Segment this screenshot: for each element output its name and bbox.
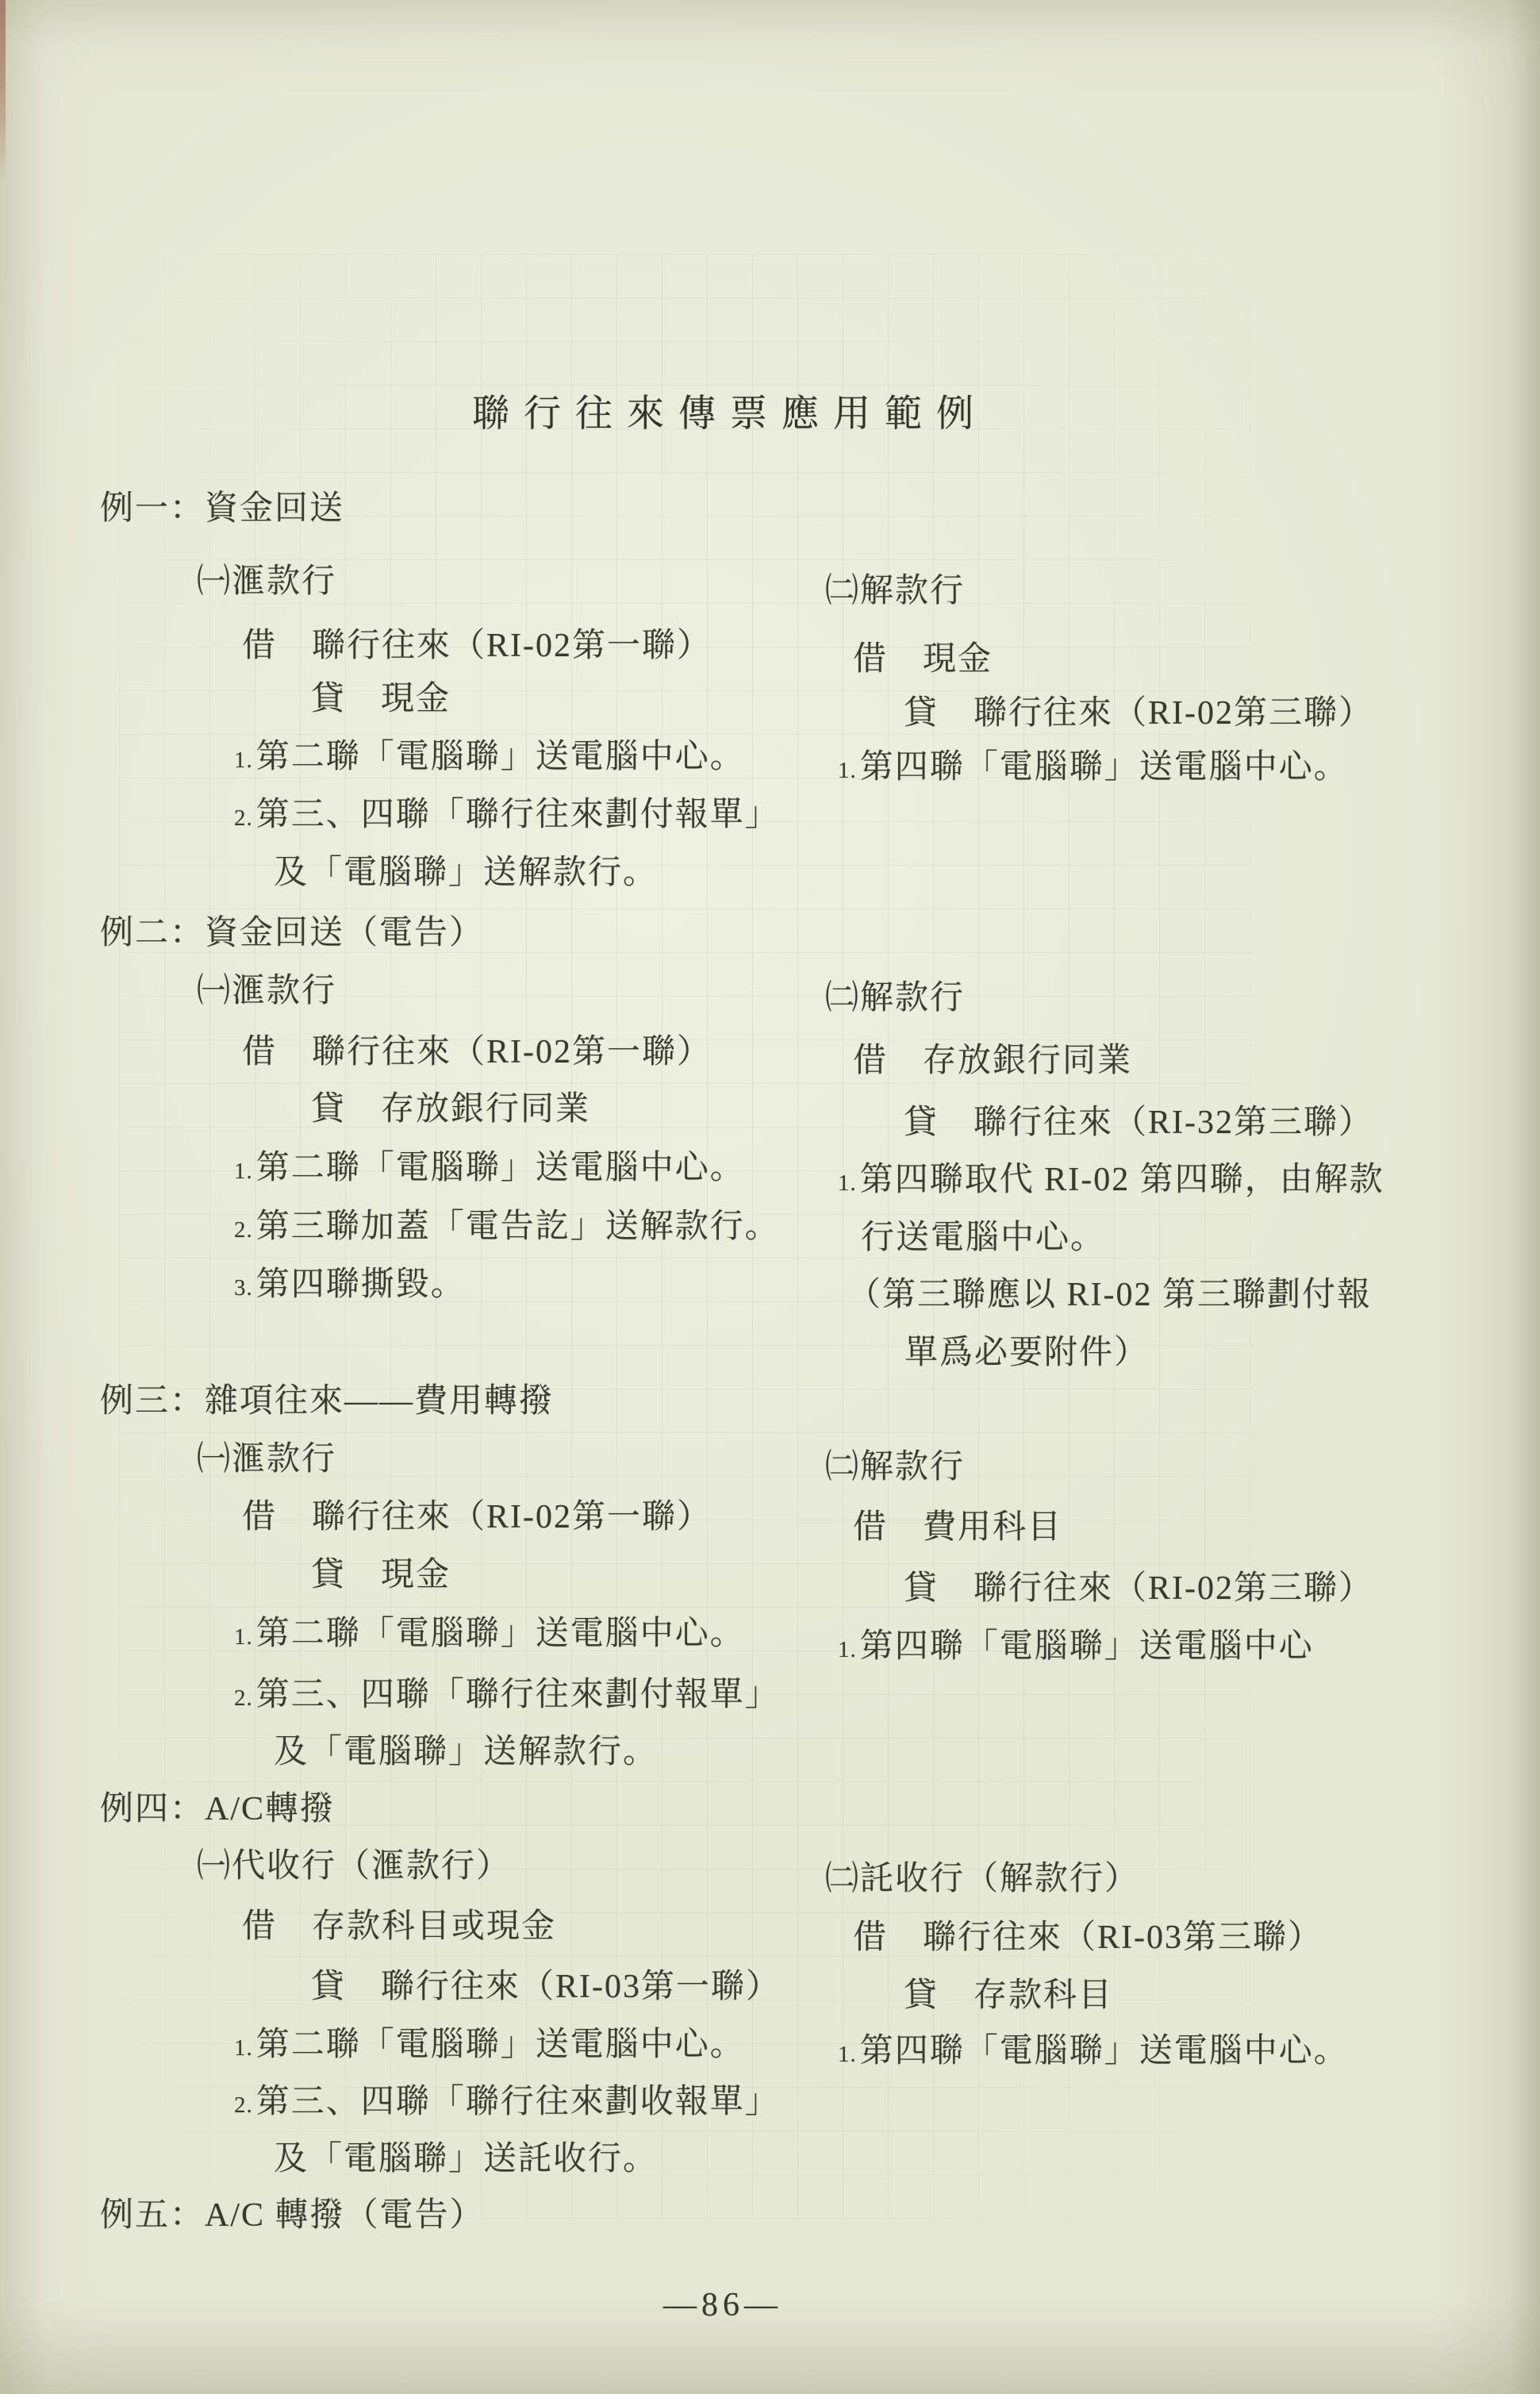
note-parenthetical: （第三聯應以 RI-02 第三聯劃付報 bbox=[847, 1278, 1372, 1312]
note-text: 第二聯「電腦聯」送電腦中心。 bbox=[256, 1616, 745, 1652]
note-number: 1. bbox=[234, 1624, 253, 1650]
column-header: ㈠代收行（滙款行） bbox=[197, 1850, 511, 1883]
section-heading: 例三：雜項往來——費用轉撥 bbox=[100, 1385, 554, 1418]
credit-line: 貸 聯行往來（RI-32第三聯） bbox=[904, 1106, 1373, 1139]
column-header: ㈡託收行（解款行） bbox=[825, 1862, 1139, 1896]
note-number: 1. bbox=[838, 2042, 857, 2067]
credit-line: 貸 聯行往來（RI-02第三聯） bbox=[904, 1572, 1373, 1605]
note-number: 1. bbox=[234, 1159, 253, 1184]
credit-line: 貸 聯行往來（RI-03第一聯） bbox=[311, 1970, 781, 2004]
note-line: 1.第二聯「電腦聯」送電腦中心。 bbox=[234, 1151, 745, 1185]
note-line: 1.第二聯「電腦聯」送電腦中心。 bbox=[234, 740, 745, 774]
column-header: ㈡解款行 bbox=[825, 574, 965, 608]
note-number: 2. bbox=[234, 805, 253, 831]
document-page: 聯行往來傳票應用範例 例一：資金回送 ㈠滙款行 借 聯行往來（RI-02第一聯）… bbox=[0, 0, 1540, 2394]
binding-edge-mark bbox=[0, 0, 6, 183]
note-number: 2. bbox=[234, 1685, 253, 1711]
column-header: ㈠滙款行 bbox=[197, 565, 336, 598]
note-line: 2.第三、四聯「聯行往來劃付報單」 bbox=[234, 1678, 780, 1712]
note-continuation: 行送電腦中心。 bbox=[861, 1221, 1105, 1255]
note-number: 2. bbox=[234, 1217, 253, 1243]
note-text: 第四聯「電腦聯」送電腦中心 bbox=[860, 1628, 1314, 1665]
note-line: 2.第三、四聯「聯行往來劃付報單」 bbox=[234, 798, 780, 832]
column-header: ㈡解款行 bbox=[825, 982, 965, 1015]
credit-line: 貸 存放銀行同業 bbox=[311, 1093, 590, 1126]
column-header: ㈠滙款行 bbox=[197, 974, 336, 1008]
note-text: 第四聯「電腦聯」送電腦中心。 bbox=[860, 2033, 1349, 2069]
debit-line: 借 聯行往來（RI-02第一聯） bbox=[242, 1036, 712, 1069]
note-text: 第四聯「電腦聯」送電腦中心。 bbox=[860, 749, 1349, 786]
section-heading: 例五：A/C 轉撥（電告） bbox=[100, 2199, 485, 2232]
note-continuation: 及「電腦聯」送託收行。 bbox=[274, 2142, 658, 2176]
note-number: 1. bbox=[234, 747, 253, 773]
debit-line: 借 存款科目或現金 bbox=[242, 1910, 556, 1943]
note-line: 1.第四聯「電腦聯」送電腦中心 bbox=[838, 1630, 1314, 1663]
credit-line: 貸 現金 bbox=[311, 682, 451, 716]
note-text: 第三聯加蓋「電告訖」送解款行。 bbox=[256, 1209, 780, 1245]
credit-line: 貸 聯行往來（RI-02第三聯） bbox=[904, 697, 1373, 730]
note-text: 第三、四聯「聯行往來劃收報單」 bbox=[256, 2084, 780, 2120]
note-number: 2. bbox=[234, 2092, 253, 2118]
section-heading: 例二：資金回送（電告） bbox=[100, 916, 484, 950]
note-line: 3.第四聯撕毀。 bbox=[234, 1268, 466, 1301]
note-text: 第四聯撕毀。 bbox=[256, 1266, 466, 1303]
note-continuation: 及「電腦聯」送解款行。 bbox=[274, 856, 658, 890]
credit-line: 貸 存款科目 bbox=[904, 1979, 1113, 2012]
column-header: ㈡解款行 bbox=[825, 1451, 965, 1484]
note-text: 第二聯「電腦聯」送電腦中心。 bbox=[256, 1150, 745, 1186]
note-parenthetical: 單爲必要附件） bbox=[904, 1336, 1149, 1370]
note-text: 第三、四聯「聯行往來劃付報單」 bbox=[256, 797, 780, 833]
debit-line: 借 存放銀行同業 bbox=[853, 1044, 1132, 1078]
page-title: 聯行往來傳票應用範例 bbox=[472, 384, 988, 437]
note-continuation: 及「電腦聯」送解款行。 bbox=[274, 1735, 658, 1769]
debit-line: 借 聯行往來（RI-02第一聯） bbox=[242, 629, 712, 663]
column-header: ㈠滙款行 bbox=[197, 1443, 336, 1476]
page-number: —86— bbox=[663, 2288, 782, 2322]
credit-line: 貸 現金 bbox=[311, 1558, 451, 1592]
section-heading: 例一：資金回送 bbox=[100, 492, 344, 525]
note-line: 1.第二聯「電腦聯」送電腦中心。 bbox=[234, 2028, 745, 2062]
note-number: 1. bbox=[838, 758, 857, 783]
note-text: 第三、四聯「聯行往來劃付報單」 bbox=[256, 1677, 780, 1713]
note-number: 3. bbox=[234, 1275, 253, 1301]
note-line: 2.第三、四聯「聯行往來劃收報單」 bbox=[234, 2085, 780, 2119]
note-number: 1. bbox=[838, 1637, 857, 1662]
section-heading: 例四：A/C轉撥 bbox=[100, 1793, 335, 1826]
note-line: 1.第四聯「電腦聯」送電腦中心。 bbox=[838, 751, 1349, 784]
debit-line: 借 聯行往來（RI-03第三聯） bbox=[853, 1921, 1323, 1954]
note-text: 第二聯「電腦聯」送電腦中心。 bbox=[256, 739, 745, 775]
note-line: 1.第二聯「電腦聯」送電腦中心。 bbox=[234, 1617, 745, 1650]
note-text: 第二聯「電腦聯」送電腦中心。 bbox=[256, 2027, 745, 2063]
note-number: 1. bbox=[838, 1170, 857, 1196]
debit-line: 借 費用科目 bbox=[853, 1511, 1062, 1544]
note-text: 第四聯取代 RI-02 第四聯，由解款 bbox=[860, 1162, 1384, 1198]
debit-line: 借 聯行往來（RI-02第一聯） bbox=[242, 1501, 712, 1534]
debit-line: 借 現金 bbox=[853, 643, 993, 676]
note-number: 1. bbox=[234, 2035, 253, 2061]
note-line: 1.第四聯「電腦聯」送電腦中心。 bbox=[838, 2035, 1349, 2068]
note-line: 2.第三聯加蓋「電告訖」送解款行。 bbox=[234, 1210, 780, 1243]
note-line: 1.第四聯取代 RI-02 第四聯，由解款 bbox=[838, 1163, 1384, 1197]
